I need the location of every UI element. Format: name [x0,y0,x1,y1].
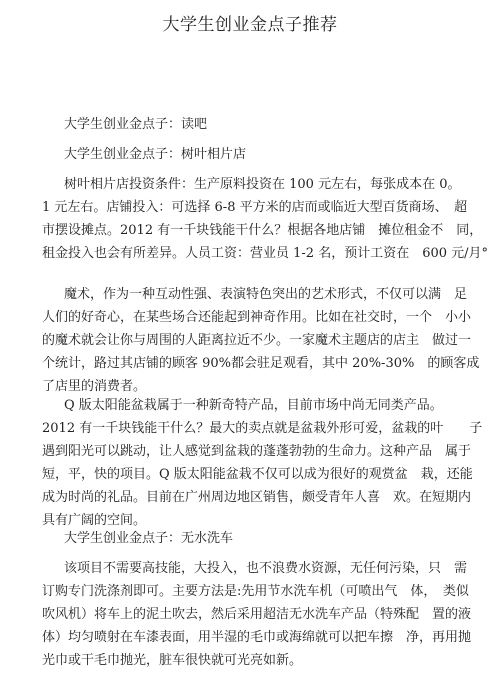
paragraph-line: 该项目不需要高技能，大投入，也不浪费水资源，无任何污染，只 需 [42,557,462,580]
paragraph-line: 魔术，作为一种互动性强、表演特色突出的艺术形式，不仅可以满 足 [42,283,462,306]
paragraph-line: 树叶相片店投资条件：生产原料投资在 100 元左右，每张成本在 0。 [42,173,462,196]
paragraph-line: 人们的好奇心，在某些场合还能起到神奇作用。比如在社交时，一个 小小 [42,306,462,329]
paragraph-line: 遇到阳光可以跳动，让人感觉到盆栽的蓬蓬勃勃的生命力。这种产品 属于 [42,440,462,463]
paragraph-line: 体）均匀喷射在车漆表面，用半湿的毛巾或海绵就可以把车擦 净，再用抛 [42,626,462,649]
paragraph-line: 大学生创业金点子：无水洗车 [42,527,462,550]
paragraph: 大学生创业金点子：无水洗车 [42,527,462,550]
paragraph-line: 1 元左右。店铺投入：可选择 6-8 平方米的店而或临近大型百货商场、 超 [42,196,462,219]
paragraph-line: 2012 有一千块钱能干什么？最大的卖点就是盆栽外形可爱，盆栽的叶 子 [42,417,462,440]
paragraph: 魔术，作为一种互动性强、表演特色突出的艺术形式，不仅可以满 足人们的好奇心，在某… [42,283,462,398]
document-title: 大学生创业金点子推荐 [0,10,500,35]
paragraph-line: 租金投入也会有所差异。人员工资：营业员 1-2 名，预计工资在 600 元/月° [42,242,462,265]
paragraph-line: 的魔术就会让你与周围的人距离拉近不少。一家魔术主题店的店主 做过一 [42,329,462,352]
paragraph: Q 版太阳能盆栽属于一种新奇特产品，目前市场中尚无同类产品。2012 有一千块钱… [42,394,462,532]
paragraph-line: 光巾或干毛巾抛光，脏车很快就可光亮如新。 [42,649,462,672]
paragraph: 大学生创业金点子：树叶相片店 [42,143,462,166]
paragraph-line: 市摆设摊点。2012 有一千块钱能干什么？根据各地店铺 摊位租金不 同， [42,219,462,242]
paragraph: 树叶相片店投资条件：生产原料投资在 100 元左右，每张成本在 0。1 元左右。… [42,173,462,265]
paragraph-line: 成为时尚的礼品。目前在广州周边地区销售，颇受青年人喜 欢。在短期内 [42,486,462,509]
paragraph: 该项目不需要高技能，大投入，也不浪费水资源，无任何污染，只 需订购专门洗涤剂即可… [42,557,462,672]
paragraph-line: 大学生创业金点子：读吧 [42,113,462,136]
paragraph-line: 短，平，快的项目。Q 版太阳能盆栽不仅可以成为很好的观赏盆 栽，还能 [42,463,462,486]
paragraph-line: 个统计，路过其店铺的顾客 90%都会驻足观看，其中 20%-30% 的顾客成 [42,352,462,375]
paragraph-line: 订购专门洗涤剂即可。主要方法是:先用节水洗车机（可喷出气 体， 类似 [42,580,462,603]
paragraph: 大学生创业金点子：读吧 [42,113,462,136]
paragraph-line: 大学生创业金点子：树叶相片店 [42,143,462,166]
paragraph-line: Q 版太阳能盆栽属于一种新奇特产品，目前市场中尚无同类产品。 [42,394,462,417]
paragraph-line: 吹风机）将车上的泥土吹去，然后采用超洁无水洗车产品（特殊配 置的液 [42,603,462,626]
